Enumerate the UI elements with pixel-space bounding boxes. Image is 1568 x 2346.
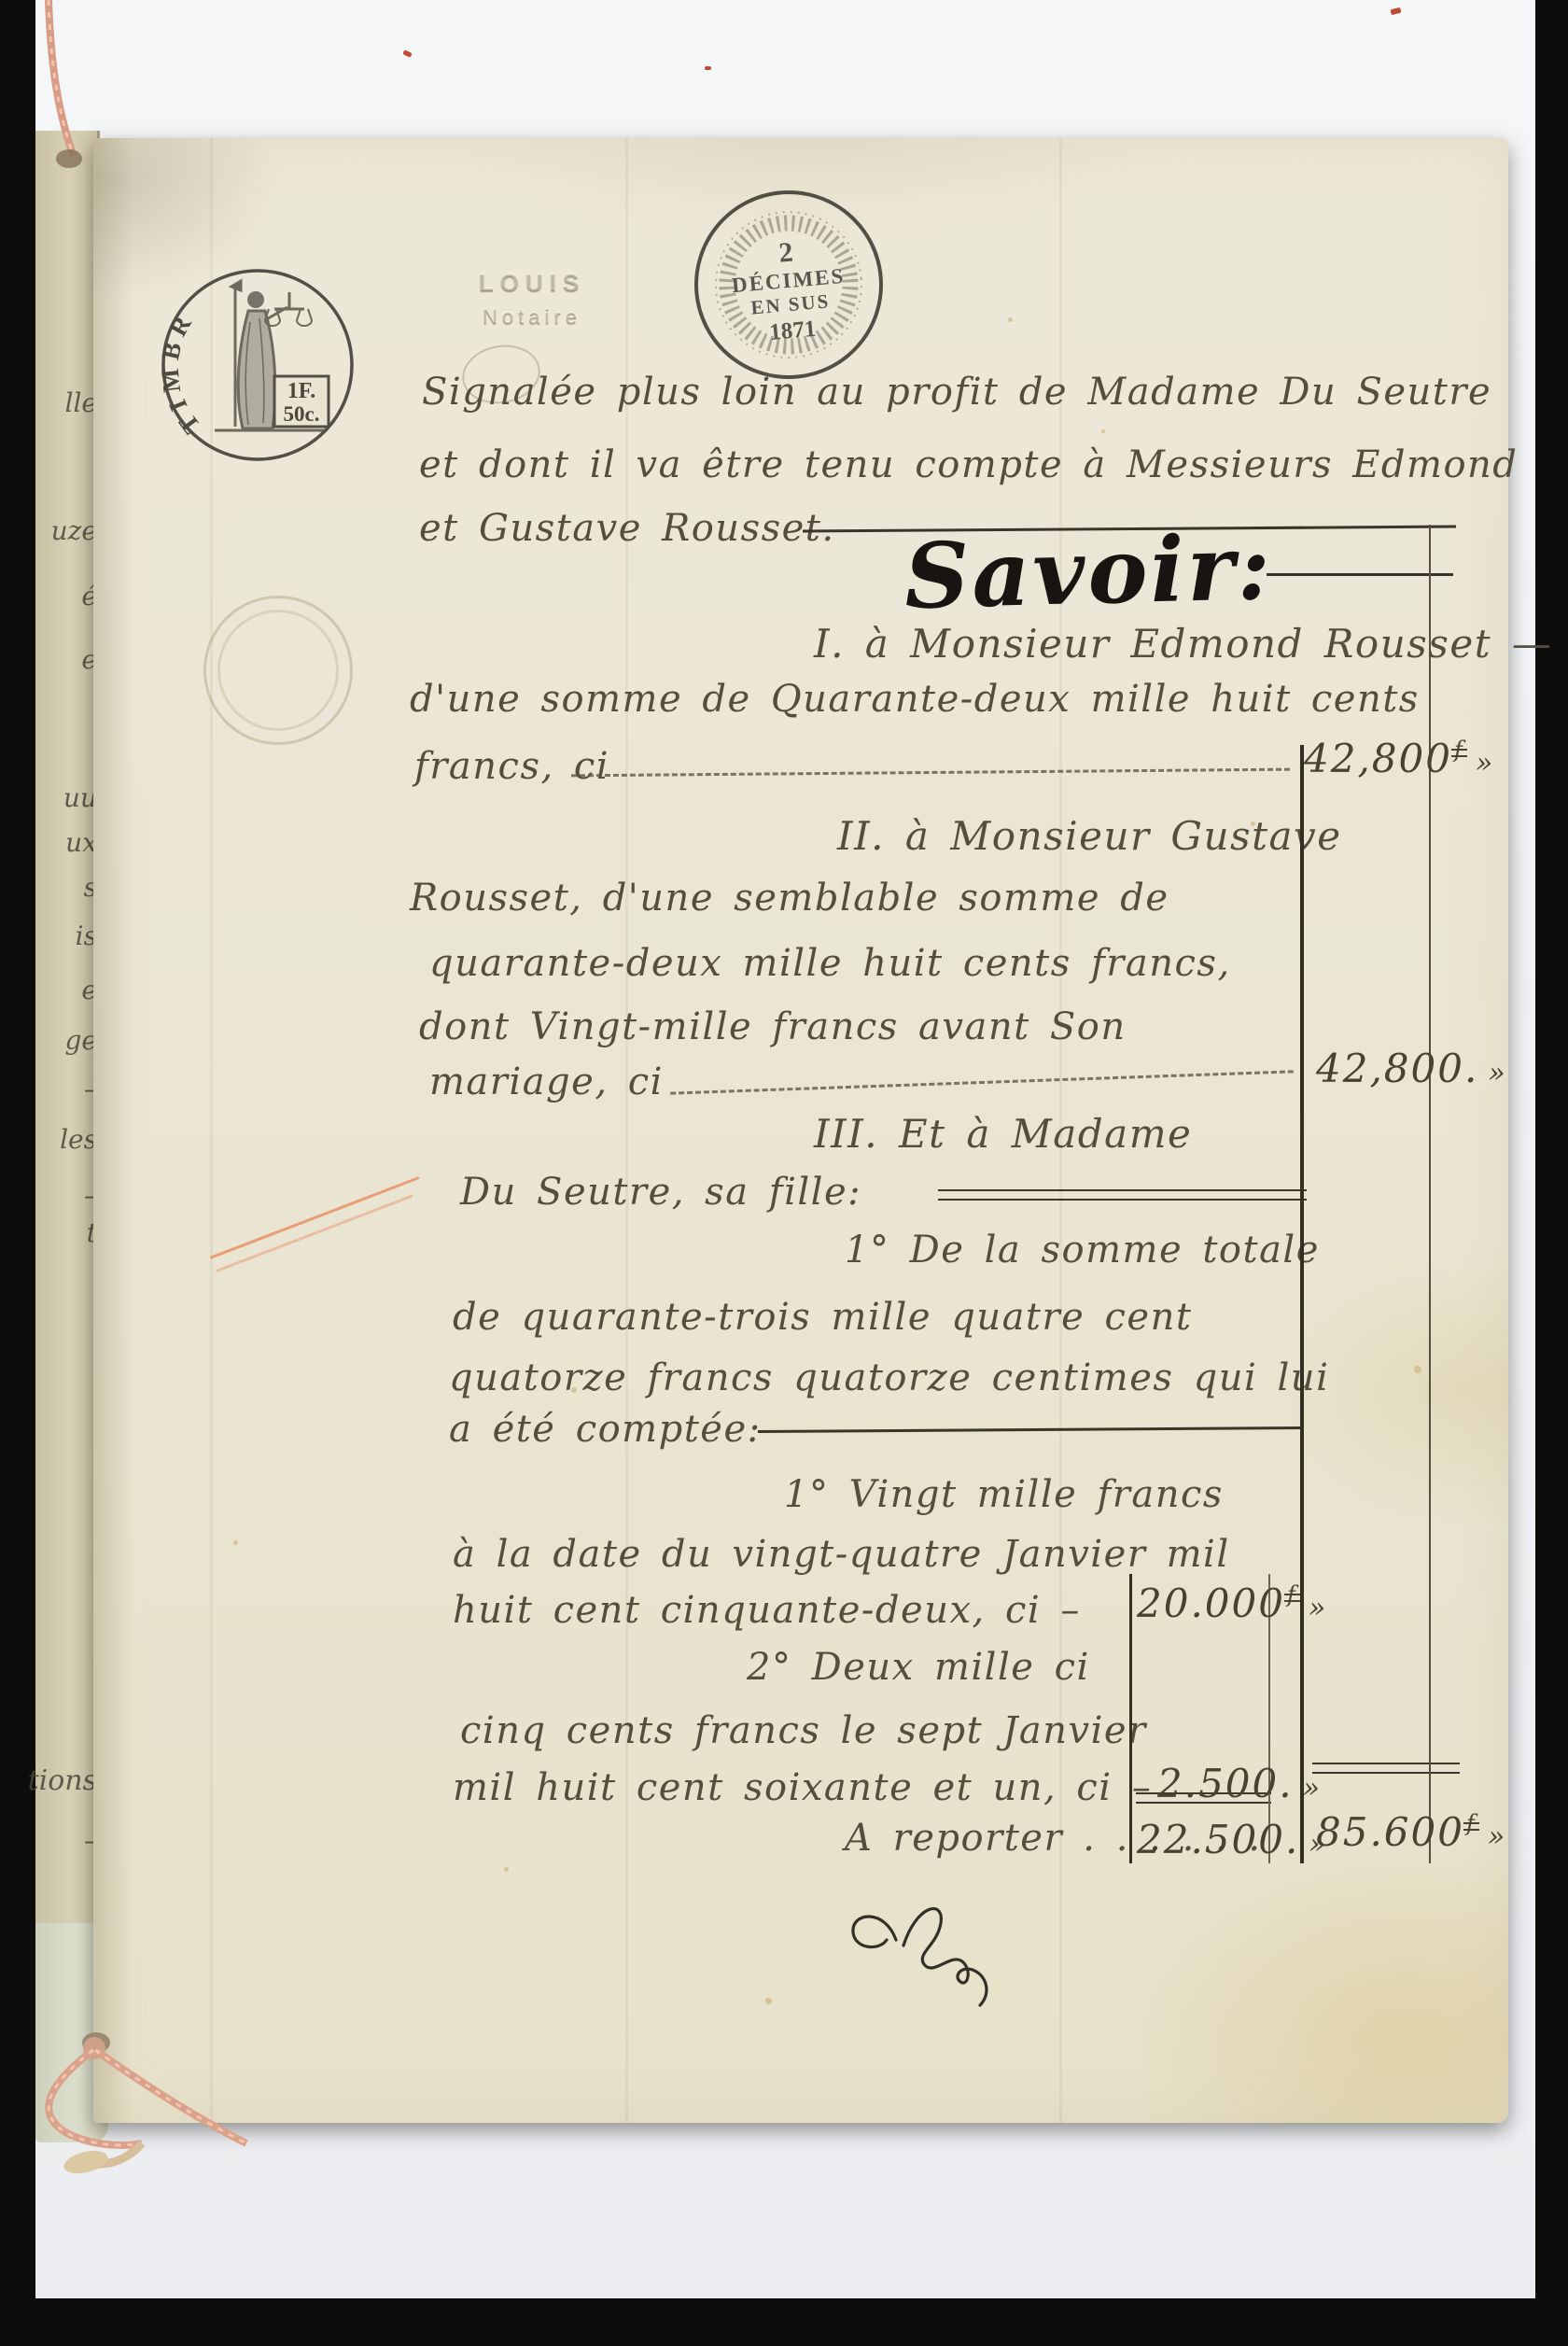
decimes-line-4: 1871 [768, 316, 817, 345]
handwritten-line: cinq cents francs le sept Janvier [460, 1709, 1147, 1752]
column-line-centimes [1429, 525, 1431, 1863]
margin-fragment: ge [26, 1025, 97, 1056]
decimes-stamp: 2 DÉCIMES EN SUS 1871 [693, 189, 885, 381]
section-ii-line: II. à Monsieur Gustave [837, 813, 1342, 859]
dash-leader [670, 1070, 1294, 1094]
handwritten-line: quatorze francs quatorze centimes qui lu… [449, 1356, 1329, 1399]
margin-fragment: e [26, 975, 97, 1005]
cents-mark: » [1309, 1592, 1327, 1624]
handwritten-line: et Gustave Rousset. [419, 507, 835, 550]
orange-pencil-mark [209, 1176, 419, 1259]
franc-symbol: f [1287, 1581, 1297, 1608]
paraph-strokes [853, 1909, 987, 2005]
amount-value: 22.500. [1137, 1817, 1299, 1862]
handwritten-line: Du Seutre, sa fille: [460, 1171, 861, 1214]
handwritten-line: et dont il va être tenu compte à Messieu… [419, 443, 1518, 486]
foxing-spot [1414, 1366, 1421, 1373]
franc-symbol: f [1466, 1810, 1477, 1836]
fill-rule [1267, 573, 1453, 576]
savoir-heading: Savoir: [903, 514, 1275, 629]
document-page: TIMBRE 1F. [93, 138, 1508, 2123]
handwritten-line: d'une somme de Quarante-deux mille huit … [410, 678, 1420, 721]
dash-leader [571, 768, 1290, 778]
foxing-spot [233, 1540, 238, 1545]
embossed-line-1: LOUIS [425, 269, 639, 298]
column-line-main [1300, 745, 1304, 1863]
handwritten-line: francs, ci [414, 745, 609, 788]
timbre-value-1: 1F. [287, 379, 315, 403]
cents-mark: » [1488, 1057, 1506, 1089]
margin-fragment: – [26, 1074, 97, 1104]
notary-paraph [831, 1891, 1073, 2035]
amount-subtotal: 22.500.» [1137, 1817, 1328, 1862]
foxing-spot [1008, 317, 1013, 322]
cents-mark: » [1303, 1772, 1322, 1805]
franc-symbol: f [1454, 737, 1464, 763]
amount-value: 42,800. [1316, 1046, 1478, 1091]
amount-value: 2.500. [1157, 1761, 1294, 1806]
handwritten-line: mil huit cent soixante et un, ci – [453, 1766, 1152, 1809]
amount-ii: 42,800.» [1316, 1046, 1507, 1091]
amount-grand-total: 85.600f» [1316, 1809, 1506, 1855]
margin-fragment: é [26, 581, 97, 611]
foxing-spot [504, 1867, 509, 1872]
timbre-fiscal-stamp: TIMBRE 1F. [159, 266, 357, 464]
handwritten-line: 2° Deux mille ci [747, 1646, 1090, 1689]
margin-fragment: uze [26, 515, 97, 546]
scanned-photo: lle uze é e uu ux s is e ge – les – t ti… [0, 0, 1568, 2346]
margin-fragment: ux [26, 827, 97, 858]
handwritten-line: Rousset, d'une semblable somme de [410, 877, 1169, 920]
decimes-line-1: 2 [777, 237, 794, 269]
handwritten-line: huit cent cinquante-deux, ci – [453, 1589, 1081, 1632]
amount-iii-1: 20.000f» [1137, 1580, 1327, 1626]
orange-pencil-mark [216, 1194, 413, 1271]
handwritten-line: 1° Vingt mille francs [784, 1473, 1224, 1516]
margin-fragment: – [26, 1180, 97, 1211]
handwritten-line: à la date du vingt-quatre Janvier mil [453, 1533, 1230, 1576]
handwritten-line: a été comptée: [449, 1408, 762, 1451]
amount-i: 42,800f» [1304, 736, 1494, 781]
amount-value: 20.000 [1137, 1580, 1285, 1626]
handwritten-line: dont Vingt-mille francs avant Son [419, 1005, 1127, 1048]
margin-fragment: s [26, 872, 97, 903]
handwritten-line: mariage, ci [429, 1061, 664, 1103]
embossed-line-2: Notaire [425, 305, 639, 330]
sum-rule-total [1312, 1763, 1460, 1774]
handwritten-line: Signalée plus loin au profit de Madame D… [422, 371, 1491, 414]
margin-fragment: t [26, 1217, 97, 1248]
fill-rule [758, 1426, 1304, 1433]
amount-value: 42,800 [1304, 736, 1452, 781]
margin-fragment: is [26, 920, 97, 951]
foxing-spot [765, 1998, 772, 2004]
amount-iii-2: 2.500.» [1157, 1761, 1322, 1806]
cents-mark: » [1476, 747, 1494, 780]
timbre-value-2: 50c. [284, 402, 320, 426]
cents-mark: » [1488, 1820, 1506, 1853]
margin-fragment: uu [26, 782, 97, 813]
paper-crease [625, 138, 628, 2123]
amount-value: 85.600 [1316, 1809, 1464, 1855]
fill-rule-double [938, 1189, 1307, 1201]
margin-fragment: tions [26, 1764, 97, 1797]
handwritten-line: quarante-deux mille huit cents francs, [429, 942, 1231, 985]
margin-fragment: e [26, 644, 97, 675]
column-line-sub [1129, 1574, 1132, 1863]
section-iii-line: III. Et à Madame [814, 1111, 1192, 1157]
embossed-notary-name: LOUIS Notaire [425, 269, 639, 330]
margin-fragment: les [26, 1124, 97, 1155]
section-i-line: I. à Monsieur Edmond Rousset — [814, 621, 1552, 667]
handwritten-line: 1° De la somme totale [845, 1229, 1320, 1271]
handwritten-line: de quarante-trois mille quatre cent [453, 1296, 1192, 1339]
red-ink-speck [705, 66, 711, 70]
margin-fragment: – [26, 1825, 97, 1856]
foxing-spot [1101, 429, 1105, 433]
margin-fragment: lle [26, 387, 97, 418]
embossed-seal-inner-ring [217, 610, 339, 731]
